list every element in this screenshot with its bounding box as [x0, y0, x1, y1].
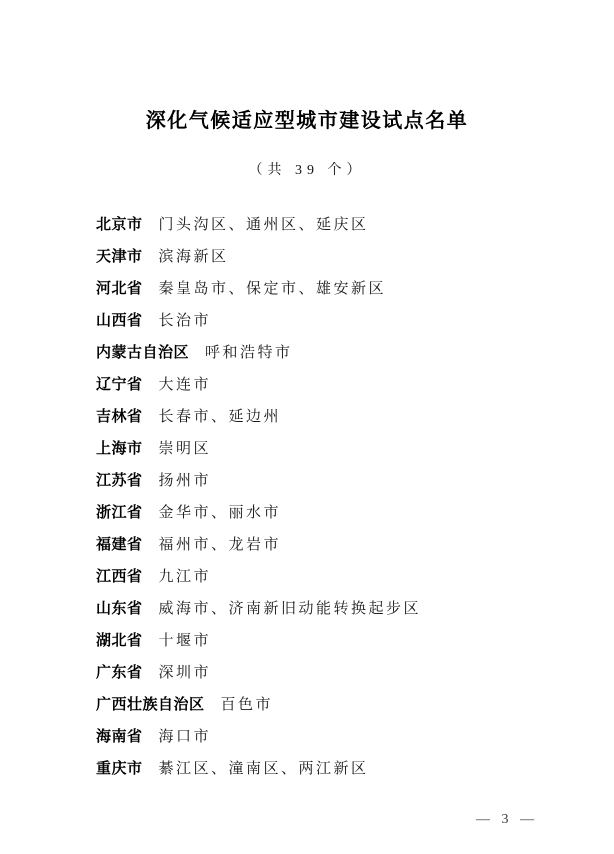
region-cities: 海口市 — [159, 729, 212, 745]
list-row: 广东省深圳市 — [96, 665, 554, 681]
region-name: 天津市 — [96, 248, 143, 265]
list-row: 河北省秦皇岛市、保定市、雄安新区 — [96, 281, 554, 297]
region-cities: 长治市 — [159, 313, 212, 329]
region-cities: 呼和浩特市 — [205, 345, 293, 361]
document-page: 深化气候适应型城市建设试点名单 （共 39 个） 北京市门头沟区、通州区、延庆区… — [0, 0, 614, 854]
list-row: 海南省海口市 — [96, 729, 554, 745]
list-row: 江苏省扬州市 — [96, 473, 554, 489]
region-cities: 长春市、延边州 — [159, 409, 282, 425]
region-name: 河北省 — [96, 280, 143, 297]
region-name: 内蒙古自治区 — [96, 344, 189, 361]
list-row: 内蒙古自治区呼和浩特市 — [96, 345, 554, 361]
region-cities: 深圳市 — [159, 665, 212, 681]
list-row: 天津市滨海新区 — [96, 249, 554, 265]
list-row: 山西省长治市 — [96, 313, 554, 329]
region-cities: 崇明区 — [159, 441, 212, 457]
region-name: 上海市 — [96, 440, 143, 457]
region-name: 北京市 — [96, 216, 143, 233]
list-row: 重庆市綦江区、潼南区、两江新区 — [96, 761, 554, 777]
list-row: 福建省福州市、龙岩市 — [96, 537, 554, 553]
region-name: 山西省 — [96, 312, 143, 329]
region-cities: 秦皇岛市、保定市、雄安新区 — [159, 281, 387, 297]
list-row: 山东省威海市、济南新旧动能转换起步区 — [96, 601, 554, 617]
region-name: 吉林省 — [96, 408, 143, 425]
list-row: 上海市崇明区 — [96, 441, 554, 457]
list-row: 辽宁省大连市 — [96, 377, 554, 393]
region-cities: 大连市 — [159, 377, 212, 393]
region-name: 重庆市 — [96, 760, 143, 777]
list-row: 广西壮族自治区百色市 — [96, 697, 554, 713]
region-name: 浙江省 — [96, 504, 143, 521]
region-cities: 威海市、济南新旧动能转换起步区 — [159, 601, 422, 617]
list-row: 湖北省十堰市 — [96, 633, 554, 649]
region-cities: 扬州市 — [159, 473, 212, 489]
region-name: 广西壮族自治区 — [96, 696, 205, 713]
list-row: 北京市门头沟区、通州区、延庆区 — [96, 217, 554, 233]
region-name: 江西省 — [96, 568, 143, 585]
pilot-list: 北京市门头沟区、通州区、延庆区天津市滨海新区河北省秦皇岛市、保定市、雄安新区山西… — [96, 217, 554, 777]
region-cities: 九江市 — [159, 569, 212, 585]
region-cities: 綦江区、潼南区、两江新区 — [159, 761, 369, 777]
region-name: 湖北省 — [96, 632, 143, 649]
region-name: 山东省 — [96, 600, 143, 617]
region-cities: 百色市 — [221, 697, 274, 713]
region-cities: 滨海新区 — [159, 249, 229, 265]
page-number: — 3 — — [476, 812, 538, 828]
document-subtitle: （共 39 个） — [0, 159, 614, 179]
list-row: 江西省九江市 — [96, 569, 554, 585]
region-name: 广东省 — [96, 664, 143, 681]
region-cities: 十堰市 — [159, 633, 212, 649]
region-name: 福建省 — [96, 536, 143, 553]
list-row: 吉林省长春市、延边州 — [96, 409, 554, 425]
region-cities: 金华市、丽水市 — [159, 505, 282, 521]
document-title: 深化气候适应型城市建设试点名单 — [0, 0, 614, 133]
region-name: 辽宁省 — [96, 376, 143, 393]
region-cities: 门头沟区、通州区、延庆区 — [159, 217, 369, 233]
region-cities: 福州市、龙岩市 — [159, 537, 282, 553]
region-name: 江苏省 — [96, 472, 143, 489]
region-name: 海南省 — [96, 728, 143, 745]
list-row: 浙江省金华市、丽水市 — [96, 505, 554, 521]
